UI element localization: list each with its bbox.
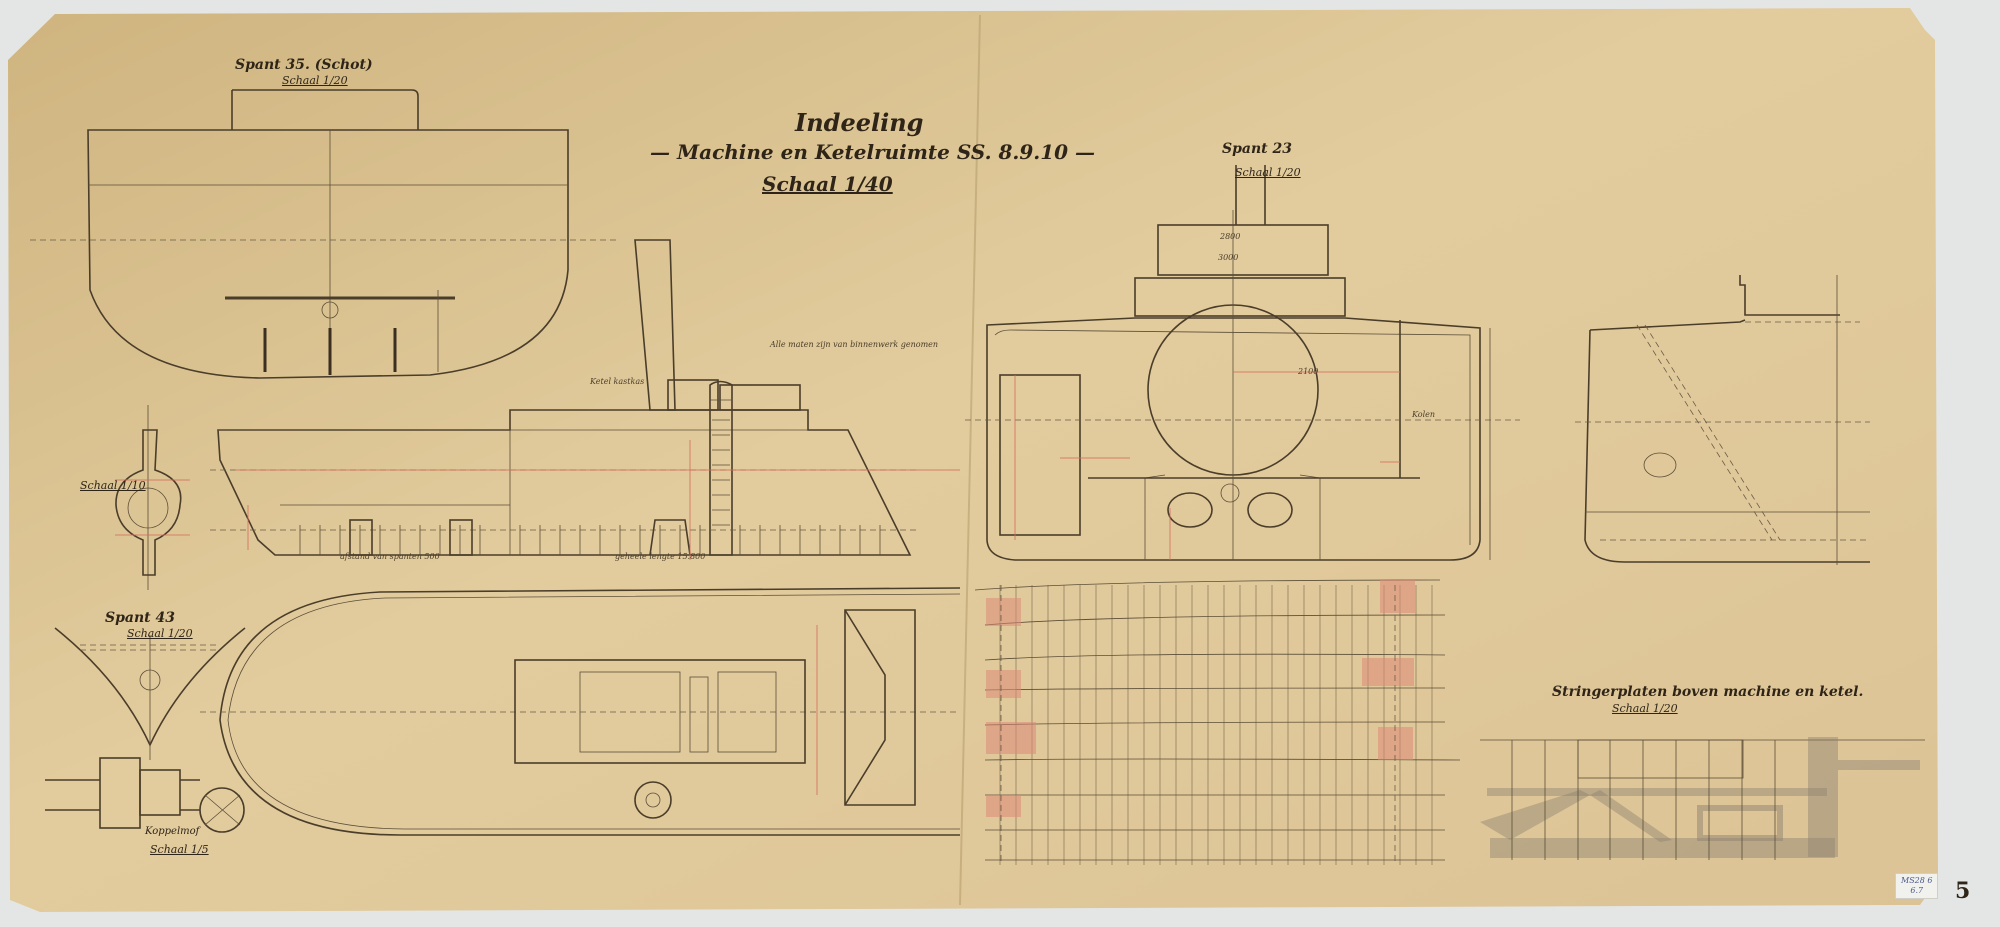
drawing-title: Indeeling — [795, 108, 923, 137]
shaft-detail-scale: Schaal 1/10 — [80, 479, 146, 492]
sheet-number: 5 — [1955, 878, 1970, 904]
dim-2100: 2100 — [1298, 367, 1318, 376]
spant-35-scale: Schaal 1/20 — [282, 74, 348, 87]
spant-afstand-note: afstand van spanten 500 — [340, 552, 440, 561]
spant-23-title: Spant 23 — [1222, 141, 1292, 157]
spant-43-title: Spant 43 — [105, 610, 175, 626]
archive-label-line2: 6.7 — [1901, 886, 1932, 896]
drawing-subtitle-text: Machine en Ketelruimte SS. 8.9.10 — [677, 140, 1068, 164]
geheele-lengte-note: geheele lengte 15.800 — [615, 552, 705, 561]
spant-43-scale: Schaal 1/20 — [127, 627, 193, 640]
drawing-subtitle: — Machine en Ketelruimte SS. 8.9.10 — — [650, 140, 1095, 164]
drawing-sheet: Indeeling — Machine en Ketelruimte SS. 8… — [0, 0, 2000, 927]
stringerplaten-scale: Schaal 1/20 — [1612, 702, 1678, 715]
stringerplaten-title: Stringerplaten boven machine en ketel. — [1552, 684, 1863, 700]
koppelmof-title: Koppelmof — [145, 826, 199, 837]
koppelmof-scale: Schaal 1/5 — [150, 843, 209, 856]
archive-label: MS28 6 6.7 — [1895, 873, 1938, 899]
ketel-kasting-note: Ketel kastkas — [590, 377, 644, 386]
drawing-scale: Schaal 1/40 — [762, 172, 893, 196]
dim-2800: 2800 — [1220, 232, 1240, 241]
kolen-note: Kolen — [1412, 410, 1435, 419]
spant-23-scale: Schaal 1/20 — [1235, 166, 1301, 179]
archive-label-line1: MS28 6 — [1901, 876, 1932, 886]
spant-35-title: Spant 35. (Schot) — [235, 57, 373, 73]
long-section-note: Alle maten zijn van binnenwerk genomen — [770, 340, 938, 349]
dim-3000: 3000 — [1218, 253, 1238, 262]
